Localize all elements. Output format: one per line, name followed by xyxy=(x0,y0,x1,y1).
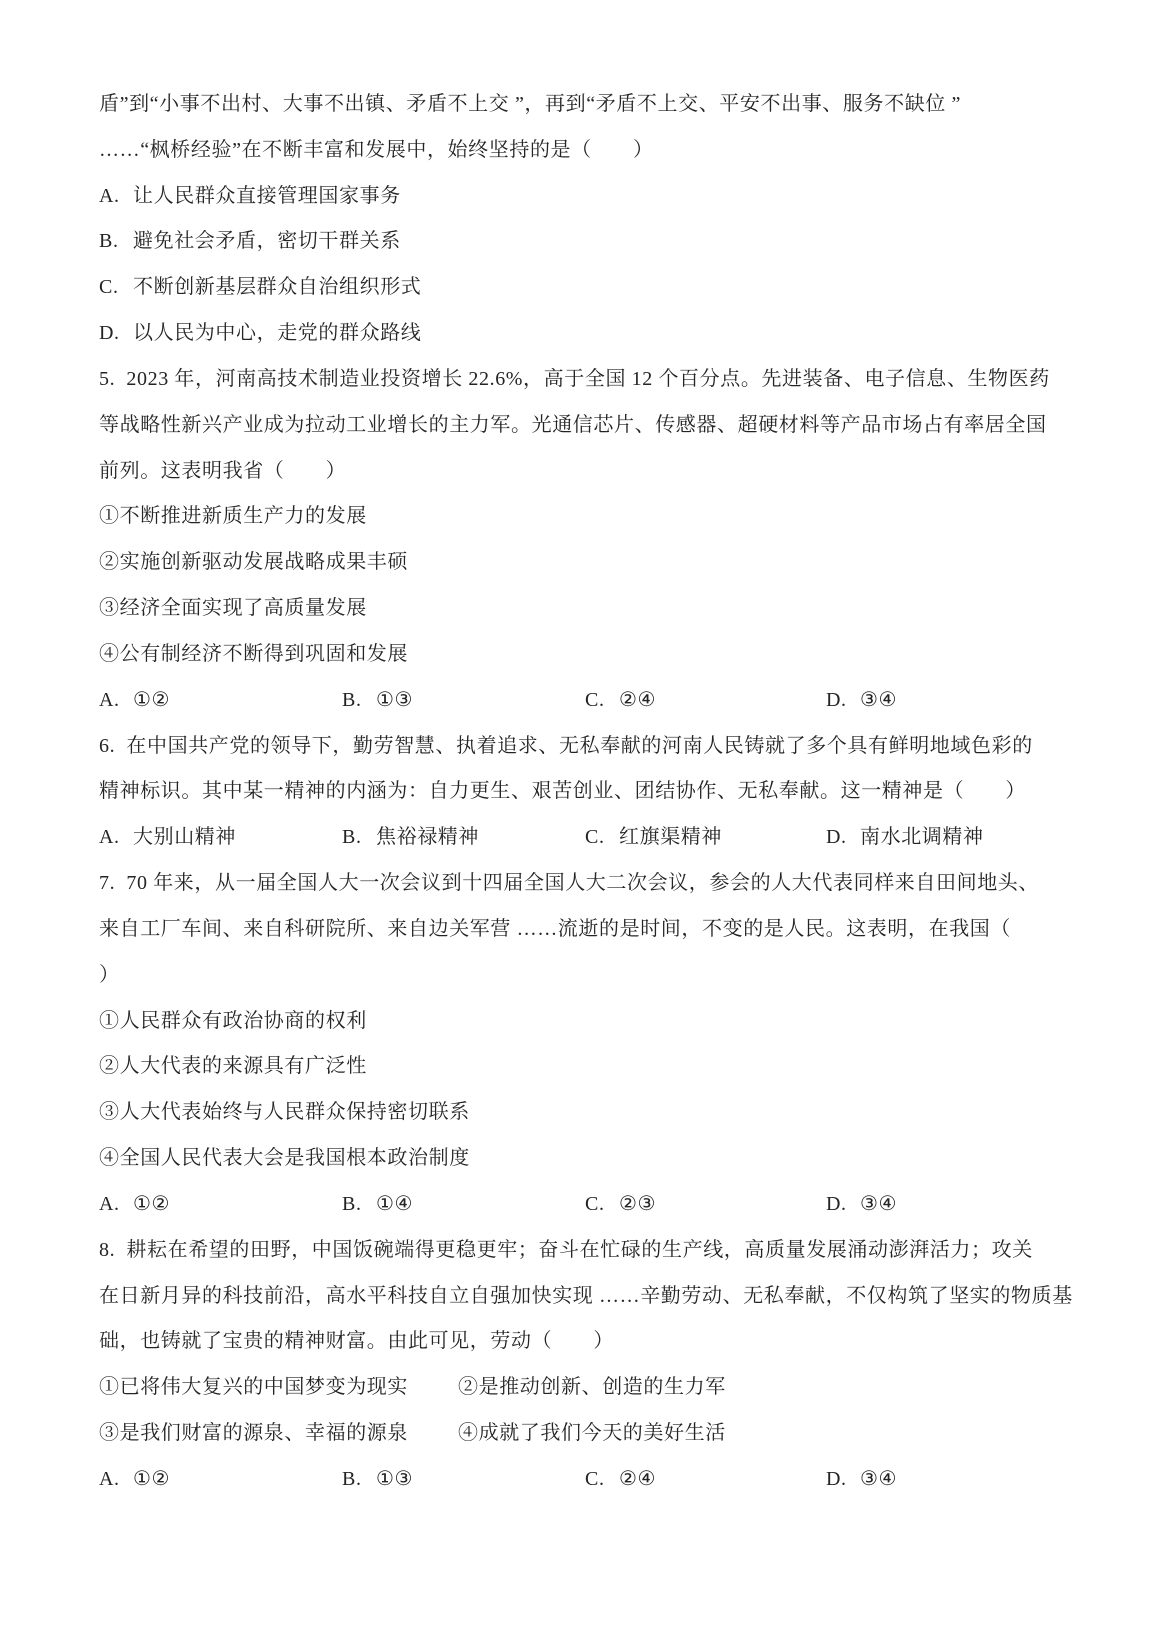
q7-options-row: A.①② B.①④ C.②③ D.③④ xyxy=(99,1182,1079,1228)
q7-stem-line-2: 来自工厂车间、来自科研院所、来自边关军营 ……流逝的是时间，不变的是人民。这表明… xyxy=(99,907,1079,953)
q5-option-b: B.①③ xyxy=(342,678,413,724)
q7-option-d-text: ③④ xyxy=(860,1193,897,1215)
q4-option-a-text: 让人民群众直接管理国家事务 xyxy=(133,185,401,207)
q8-item-row-2: ③是我们财富的源泉、幸福的源泉④成就了我们今天的美好生活 xyxy=(99,1411,1079,1457)
q4-option-b-text: 避免社会矛盾，密切干群关系 xyxy=(133,230,401,252)
q7-option-d: D.③④ xyxy=(826,1182,897,1228)
q8-stem-line-3: 础，也铸就了宝贵的精神财富。由此可见，劳动（ ） xyxy=(99,1319,1079,1365)
q4-option-c-text: 不断创新基层群众自治组织形式 xyxy=(133,276,421,298)
q5-option-c-label: C. xyxy=(585,678,619,724)
q7-stem-line-1: 7. 70 年来，从一届全国人大一次会议到十四届全国人大二次会议，参会的人大代表… xyxy=(99,861,1079,907)
q7-item-4: ④全国人民代表大会是我国根本政治制度 xyxy=(99,1136,1079,1182)
q5-item-4: ④公有制经济不断得到巩固和发展 xyxy=(99,632,1079,678)
q6-option-c-label: C. xyxy=(585,815,619,861)
q6-option-d-text: 南水北调精神 xyxy=(860,826,984,848)
q6-option-a-text: 大别山精神 xyxy=(133,826,236,848)
q7-item-2: ②人大代表的来源具有广泛性 xyxy=(99,1044,1079,1090)
question-7: 7. 70 年来，从一届全国人大一次会议到十四届全国人大二次会议，参会的人大代表… xyxy=(99,861,1079,1228)
q4-option-c-label: C. xyxy=(99,265,133,311)
q6-options-row: A.大别山精神 B.焦裕禄精神 C.红旗渠精神 D.南水北调精神 xyxy=(99,815,1079,861)
q7-option-b-text: ①④ xyxy=(376,1193,413,1215)
q8-option-a-label: A. xyxy=(99,1457,133,1503)
question-4-continuation: 盾”到“小事不出村、大事不出镇、矛盾不上交 ”，再到“矛盾不上交、平安不出事、服… xyxy=(99,82,1079,357)
q7-option-a: A.①② xyxy=(99,1182,170,1228)
q4-option-a-label: A. xyxy=(99,174,133,220)
q4-option-a: A.让人民群众直接管理国家事务 xyxy=(99,174,1079,220)
q6-option-b: B.焦裕禄精神 xyxy=(342,815,479,861)
q7-item-3: ③人大代表始终与人民群众保持密切联系 xyxy=(99,1090,1079,1136)
q5-option-c-text: ②④ xyxy=(619,689,656,711)
q5-stem-line-3: 前列。这表明我省（ ） xyxy=(99,449,1079,495)
q6-option-d-label: D. xyxy=(826,815,860,861)
q5-option-c: C.②④ xyxy=(585,678,656,724)
q7-option-b-label: B. xyxy=(342,1182,376,1228)
q7-option-c: C.②③ xyxy=(585,1182,656,1228)
q8-option-b-label: B. xyxy=(342,1457,376,1503)
exam-content: 盾”到“小事不出村、大事不出镇、矛盾不上交 ”，再到“矛盾不上交、平安不出事、服… xyxy=(99,82,1079,1503)
q6-option-b-label: B. xyxy=(342,815,376,861)
q8-option-c-label: C. xyxy=(585,1457,619,1503)
q7-option-c-text: ②③ xyxy=(619,1193,656,1215)
q8-item-4: ④成就了我们今天的美好生活 xyxy=(458,1422,726,1444)
q8-option-d: D.③④ xyxy=(826,1457,897,1503)
question-8: 8. 耕耘在希望的田野，中国饭碗端得更稳更牢；奋斗在忙碌的生产线，高质量发展涌动… xyxy=(99,1228,1079,1503)
q4-option-b-label: B. xyxy=(99,219,133,265)
q6-option-a: A.大别山精神 xyxy=(99,815,236,861)
q7-option-d-label: D. xyxy=(826,1182,860,1228)
q7-option-b: B.①④ xyxy=(342,1182,413,1228)
q8-option-c-text: ②④ xyxy=(619,1468,656,1490)
q5-option-d-label: D. xyxy=(826,678,860,724)
q6-stem-line-1: 6. 在中国共产党的领导下，勤劳智慧、执着追求、无私奉献的河南人民铸就了多个具有… xyxy=(99,724,1079,770)
q6-option-d: D.南水北调精神 xyxy=(826,815,984,861)
q7-option-a-label: A. xyxy=(99,1182,133,1228)
q8-item-row-1: ①已将伟大复兴的中国梦变为现实②是推动创新、创造的生力军 xyxy=(99,1365,1079,1411)
q5-option-b-label: B. xyxy=(342,678,376,724)
q8-option-a-text: ①② xyxy=(133,1468,170,1490)
q8-options-row: A.①② B.①③ C.②④ D.③④ xyxy=(99,1457,1079,1503)
q8-item-1: ①已将伟大复兴的中国梦变为现实 xyxy=(99,1365,458,1411)
q8-option-a: A.①② xyxy=(99,1457,170,1503)
q4-stem-line-1: 盾”到“小事不出村、大事不出镇、矛盾不上交 ”，再到“矛盾不上交、平安不出事、服… xyxy=(99,82,1079,128)
q5-options-row: A.①② B.①③ C.②④ D.③④ xyxy=(99,678,1079,724)
q4-option-b: B.避免社会矛盾，密切干群关系 xyxy=(99,219,1079,265)
q5-option-a: A.①② xyxy=(99,678,170,724)
q7-option-c-label: C. xyxy=(585,1182,619,1228)
q8-stem-line-2: 在日新月异的科技前沿，高水平科技自立自强加快实现 ……辛勤劳动、无私奉献，不仅构… xyxy=(99,1274,1079,1320)
q5-option-a-text: ①② xyxy=(133,689,170,711)
q5-option-d: D.③④ xyxy=(826,678,897,724)
q5-option-d-text: ③④ xyxy=(860,689,897,711)
q5-item-1: ①不断推进新质生产力的发展 xyxy=(99,494,1079,540)
question-6: 6. 在中国共产党的领导下，勤劳智慧、执着追求、无私奉献的河南人民铸就了多个具有… xyxy=(99,724,1079,861)
q4-option-d-text: 以人民为中心，走党的群众路线 xyxy=(133,322,421,344)
q8-stem-line-1: 8. 耕耘在希望的田野，中国饭碗端得更稳更牢；奋斗在忙碌的生产线，高质量发展涌动… xyxy=(99,1228,1079,1274)
q7-option-a-text: ①② xyxy=(133,1193,170,1215)
q5-option-a-label: A. xyxy=(99,678,133,724)
q8-item-3: ③是我们财富的源泉、幸福的源泉 xyxy=(99,1411,458,1457)
q4-option-c: C.不断创新基层群众自治组织形式 xyxy=(99,265,1079,311)
q8-option-d-text: ③④ xyxy=(860,1468,897,1490)
q8-item-2: ②是推动创新、创造的生力军 xyxy=(458,1376,726,1398)
q5-item-3: ③经济全面实现了高质量发展 xyxy=(99,586,1079,632)
question-5: 5. 2023 年，河南高技术制造业投资增长 22.6%，高于全国 12 个百分… xyxy=(99,357,1079,724)
q4-stem-line-2: ……“枫桥经验”在不断丰富和发展中，始终坚持的是（ ） xyxy=(99,128,1079,174)
q4-option-d: D.以人民为中心，走党的群众路线 xyxy=(99,311,1079,357)
q6-option-b-text: 焦裕禄精神 xyxy=(376,826,479,848)
q7-item-1: ①人民群众有政治协商的权利 xyxy=(99,999,1079,1045)
q8-option-d-label: D. xyxy=(826,1457,860,1503)
q6-stem-line-2: 精神标识。其中某一精神的内涵为：自力更生、艰苦创业、团结协作、无私奉献。这一精神… xyxy=(99,769,1079,815)
q5-stem-line-1: 5. 2023 年，河南高技术制造业投资增长 22.6%，高于全国 12 个百分… xyxy=(99,357,1079,403)
q5-stem-line-2: 等战略性新兴产业成为拉动工业增长的主力军。光通信芯片、传感器、超硬材料等产品市场… xyxy=(99,403,1079,449)
exam-paper-page: 盾”到“小事不出村、大事不出镇、矛盾不上交 ”，再到“矛盾不上交、平安不出事、服… xyxy=(0,0,1158,1638)
q6-option-c-text: 红旗渠精神 xyxy=(619,826,722,848)
q5-option-b-text: ①③ xyxy=(376,689,413,711)
q4-option-d-label: D. xyxy=(99,311,133,357)
q7-stem-line-3: ） xyxy=(99,953,1079,999)
q5-item-2: ②实施创新驱动发展战略成果丰硕 xyxy=(99,540,1079,586)
q8-option-b-text: ①③ xyxy=(376,1468,413,1490)
q8-option-c: C.②④ xyxy=(585,1457,656,1503)
q6-option-c: C.红旗渠精神 xyxy=(585,815,722,861)
q8-option-b: B.①③ xyxy=(342,1457,413,1503)
q6-option-a-label: A. xyxy=(99,815,133,861)
